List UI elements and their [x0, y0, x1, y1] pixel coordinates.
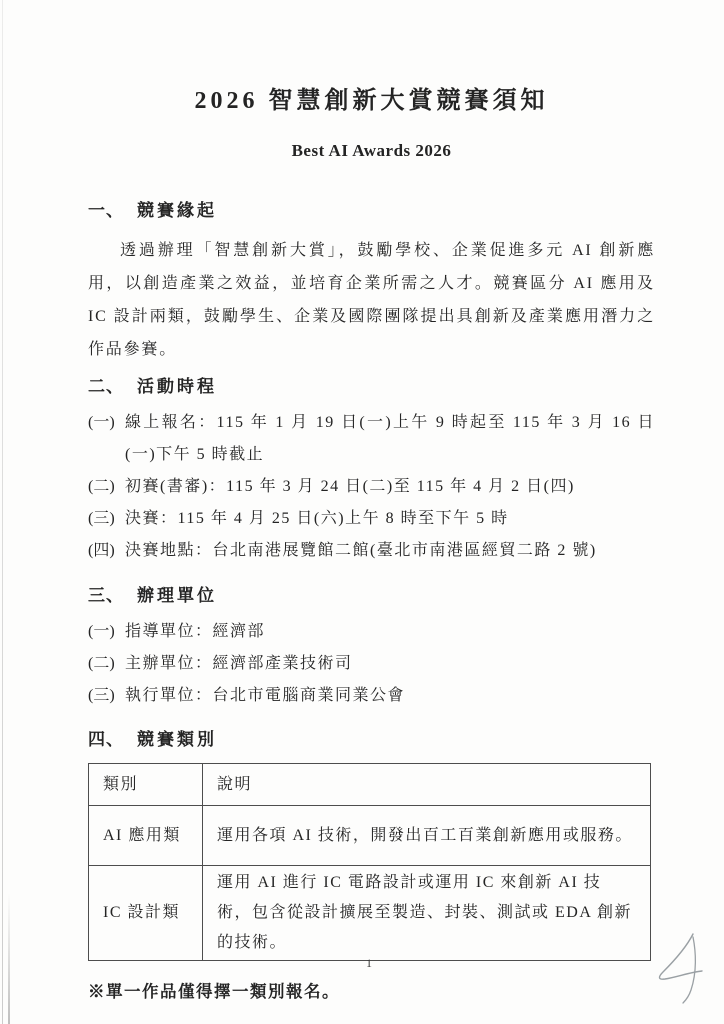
item-text: 主辦單位：經濟部產業技術司	[125, 655, 353, 672]
list-item: (四) 決賽地點：台北南港展覽館二館(臺北市南港區經貿二路 2 號)	[88, 535, 655, 567]
section-origin-label: 競賽緣起	[137, 201, 217, 220]
single-category-note: ※單一作品僅得擇一類別報名。	[88, 978, 655, 1002]
item-marker: (四)	[88, 535, 115, 567]
section-categories-label: 競賽類別	[137, 730, 217, 749]
section-organizers-heading: 三、辦理單位	[88, 583, 655, 608]
description-cell: 運用 AI 進行 IC 電路設計或運用 IC 來創新 AI 技術，包含從設計擴展…	[203, 866, 651, 961]
item-marker: (三)	[88, 503, 115, 535]
category-cell: IC 設計類	[89, 866, 203, 961]
item-text: 線上報名：115 年 1 月 19 日(一)上午 9 時起至 115 年 3 月…	[125, 414, 655, 463]
list-item: (二) 初賽(書審)：115 年 3 月 24 日(二)至 115 年 4 月 …	[88, 471, 655, 503]
section-categories-heading: 四、競賽類別	[88, 727, 655, 752]
item-marker: (三)	[88, 680, 115, 712]
section-organizers-number: 三、	[88, 586, 124, 605]
categories-table: 類別 說明 AI 應用類 運用各項 AI 技術，開發出百工百業創新應用或服務。 …	[88, 763, 651, 961]
description-cell: 運用各項 AI 技術，開發出百工百業創新應用或服務。	[203, 806, 651, 866]
section-categories-number: 四、	[88, 730, 124, 749]
section-origin-number: 一、	[88, 201, 124, 220]
page-number: 1	[0, 956, 724, 971]
section-organizers-label: 辦理單位	[137, 586, 217, 605]
item-marker: (二)	[88, 648, 115, 680]
list-item: (三) 執行單位：台北市電腦商業同業公會	[88, 680, 655, 712]
item-text: 決賽：115 年 4 月 25 日(六)上午 8 時至下午 5 時	[125, 510, 509, 527]
schedule-list: (一) 線上報名：115 年 1 月 19 日(一)上午 9 時起至 115 年…	[88, 407, 655, 567]
organizers-list: (一) 指導單位：經濟部 (二) 主辦單位：經濟部產業技術司 (三) 執行單位：…	[88, 616, 655, 712]
table-row: AI 應用類 運用各項 AI 技術，開發出百工百業創新應用或服務。	[89, 806, 651, 866]
table-header-category: 類別	[89, 764, 203, 806]
list-item: (一) 指導單位：經濟部	[88, 616, 655, 648]
page-title: 2026 智慧創新大賞競賽須知	[88, 0, 655, 116]
document-page: 2026 智慧創新大賞競賽須知 Best AI Awards 2026 一、競賽…	[0, 0, 724, 1024]
category-cell: AI 應用類	[89, 806, 203, 866]
item-text: 決賽地點：台北南港展覽館二館(臺北市南港區經貿二路 2 號)	[125, 542, 597, 559]
table-header-row: 類別 說明	[89, 764, 651, 806]
list-item: (二) 主辦單位：經濟部產業技術司	[88, 648, 655, 680]
section-origin-heading: 一、競賽緣起	[88, 198, 655, 223]
section-schedule-label: 活動時程	[137, 377, 217, 396]
origin-paragraph: 透過辦理「智慧創新大賞」，鼓勵學校、企業促進多元 AI 創新應用，以創造產業之效…	[88, 234, 655, 366]
table-header-description: 說明	[203, 764, 651, 806]
page-subtitle: Best AI Awards 2026	[88, 141, 655, 161]
item-marker: (一)	[88, 616, 115, 648]
list-item: (一) 線上報名：115 年 1 月 19 日(一)上午 9 時起至 115 年…	[88, 407, 655, 471]
page-content: 2026 智慧創新大賞競賽須知 Best AI Awards 2026 一、競賽…	[88, 0, 655, 1002]
item-text: 指導單位：經濟部	[125, 623, 265, 640]
item-marker: (一)	[88, 407, 115, 439]
item-text: 初賽(書審)：115 年 3 月 24 日(二)至 115 年 4 月 2 日(…	[125, 478, 575, 495]
handwritten-mark	[648, 930, 714, 1006]
section-schedule-number: 二、	[88, 377, 124, 396]
list-item: (三) 決賽：115 年 4 月 25 日(六)上午 8 時至下午 5 時	[88, 503, 655, 535]
table-row: IC 設計類 運用 AI 進行 IC 電路設計或運用 IC 來創新 AI 技術，…	[89, 866, 651, 961]
item-text: 執行單位：台北市電腦商業同業公會	[125, 687, 405, 704]
item-marker: (二)	[88, 471, 115, 503]
handwritten-4-icon	[648, 930, 714, 1006]
section-schedule-heading: 二、活動時程	[88, 374, 655, 399]
scan-edge-artifact	[2, 0, 3, 1024]
